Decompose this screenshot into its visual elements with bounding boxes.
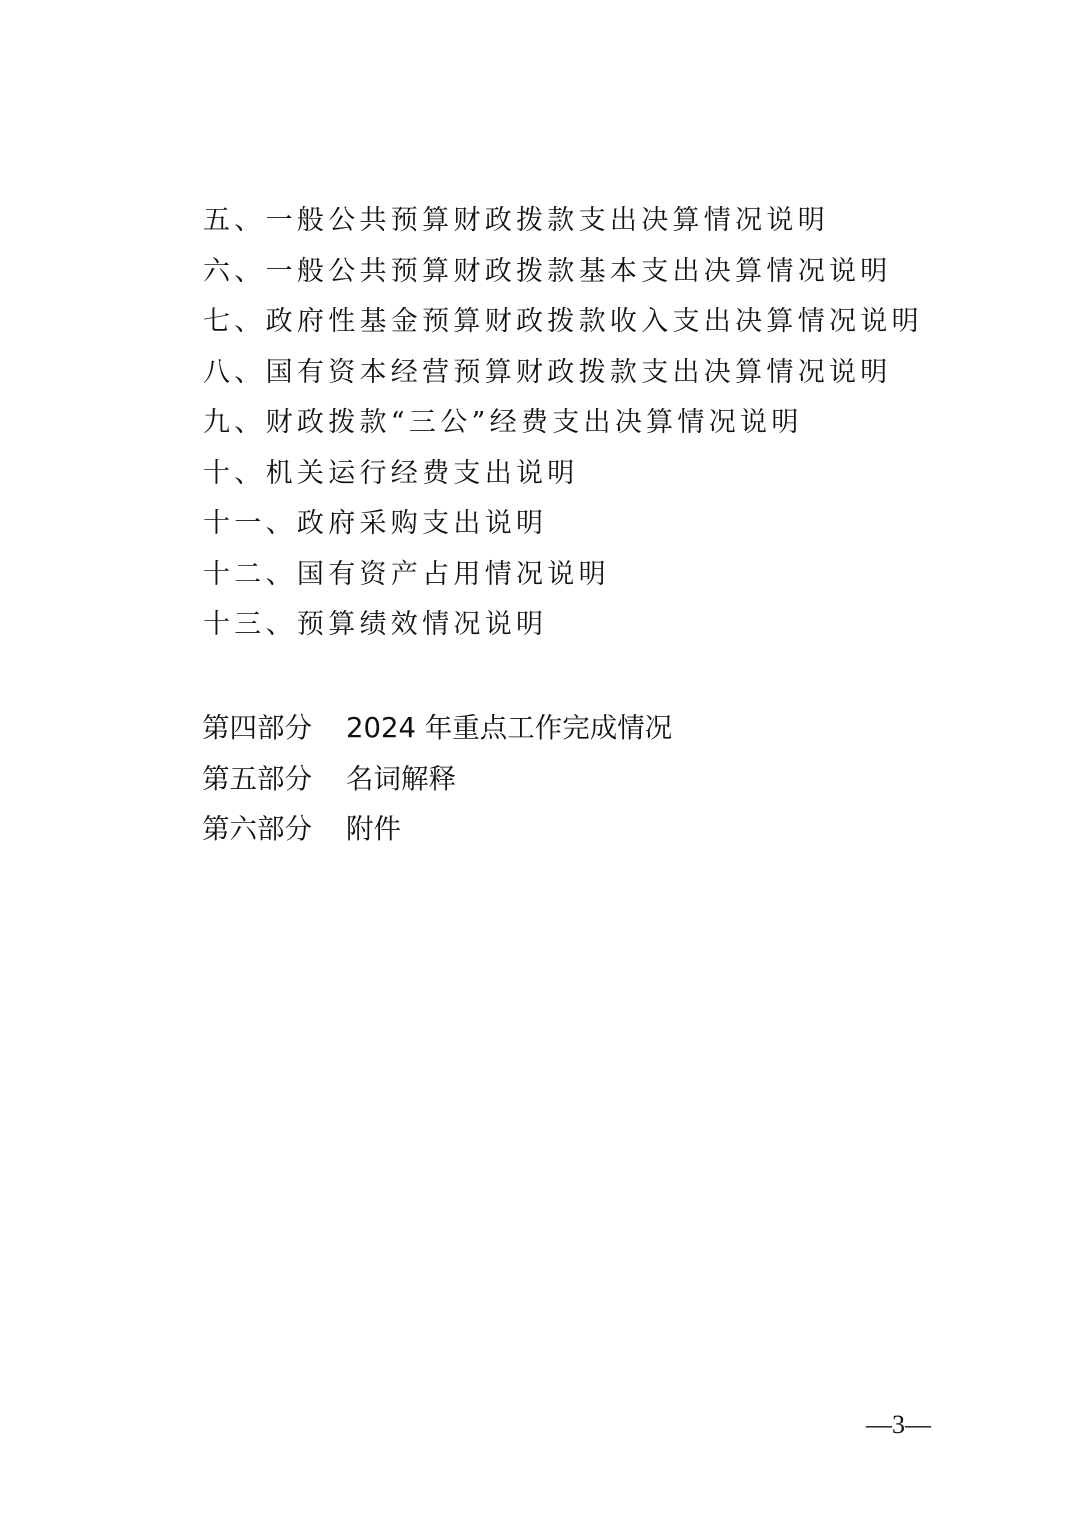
toc-item-number: 六、: [203, 256, 266, 287]
toc-item: 十、机关运行经费支出说明: [203, 449, 923, 500]
toc-part-heading: 第四部分 2024 年重点工作完成情况: [202, 703, 672, 754]
toc-item: 五、一般公共预算财政拨款支出决算情况说明: [203, 196, 923, 247]
toc-part-list: 第四部分 2024 年重点工作完成情况 第五部分 名词解释 第六部分 附件: [202, 703, 672, 855]
toc-item-number: 五、: [203, 205, 266, 236]
toc-item-text: 政府采购支出说明: [297, 508, 547, 539]
toc-item-text: 一般公共预算财政拨款支出决算情况说明: [266, 205, 829, 236]
toc-section-list: 五、一般公共预算财政拨款支出决算情况说明 六、一般公共预算财政拨款基本支出决算情…: [203, 196, 923, 651]
part-title: 附件: [346, 804, 401, 855]
toc-item-number: 八、: [203, 357, 266, 388]
part-label: 第四部分: [202, 703, 346, 754]
part-label: 第五部分: [202, 754, 346, 805]
toc-item: 十二、国有资产占用情况说明: [203, 550, 923, 601]
toc-item-text: 国有资本经营预算财政拨款支出决算情况说明: [266, 357, 892, 388]
toc-item-text: 国有资产占用情况说明: [297, 559, 610, 590]
toc-part-heading: 第五部分 名词解释: [202, 754, 672, 805]
toc-item-number: 十一、: [203, 508, 297, 539]
toc-item-number: 十二、: [203, 559, 297, 590]
part-title: 2024 年重点工作完成情况: [346, 703, 672, 754]
part-title: 名词解释: [346, 754, 456, 805]
toc-item-number: 十、: [203, 458, 266, 489]
toc-item: 十一、政府采购支出说明: [203, 499, 923, 550]
toc-item: 六、一般公共预算财政拨款基本支出决算情况说明: [203, 247, 923, 298]
toc-item-text: 一般公共预算财政拨款基本支出决算情况说明: [266, 256, 892, 287]
toc-item-text: 财政拨款“三公”经费支出决算情况说明: [266, 407, 803, 438]
part-label: 第六部分: [202, 804, 346, 855]
toc-item: 十三、预算绩效情况说明: [203, 600, 923, 651]
toc-item-text: 预算绩效情况说明: [297, 609, 547, 640]
toc-item-text: 政府性基金预算财政拨款收入支出决算情况说明: [266, 306, 923, 337]
toc-item: 七、政府性基金预算财政拨款收入支出决算情况说明: [203, 297, 923, 348]
toc-part-heading: 第六部分 附件: [202, 804, 672, 855]
toc-item-text: 机关运行经费支出说明: [266, 458, 579, 489]
toc-item-number: 十三、: [203, 609, 297, 640]
page-number: —3—: [866, 1410, 931, 1440]
toc-item: 九、财政拨款“三公”经费支出决算情况说明: [203, 398, 923, 449]
toc-item-number: 七、: [203, 306, 266, 337]
toc-item-number: 九、: [203, 407, 266, 438]
toc-item: 八、国有资本经营预算财政拨款支出决算情况说明: [203, 348, 923, 399]
